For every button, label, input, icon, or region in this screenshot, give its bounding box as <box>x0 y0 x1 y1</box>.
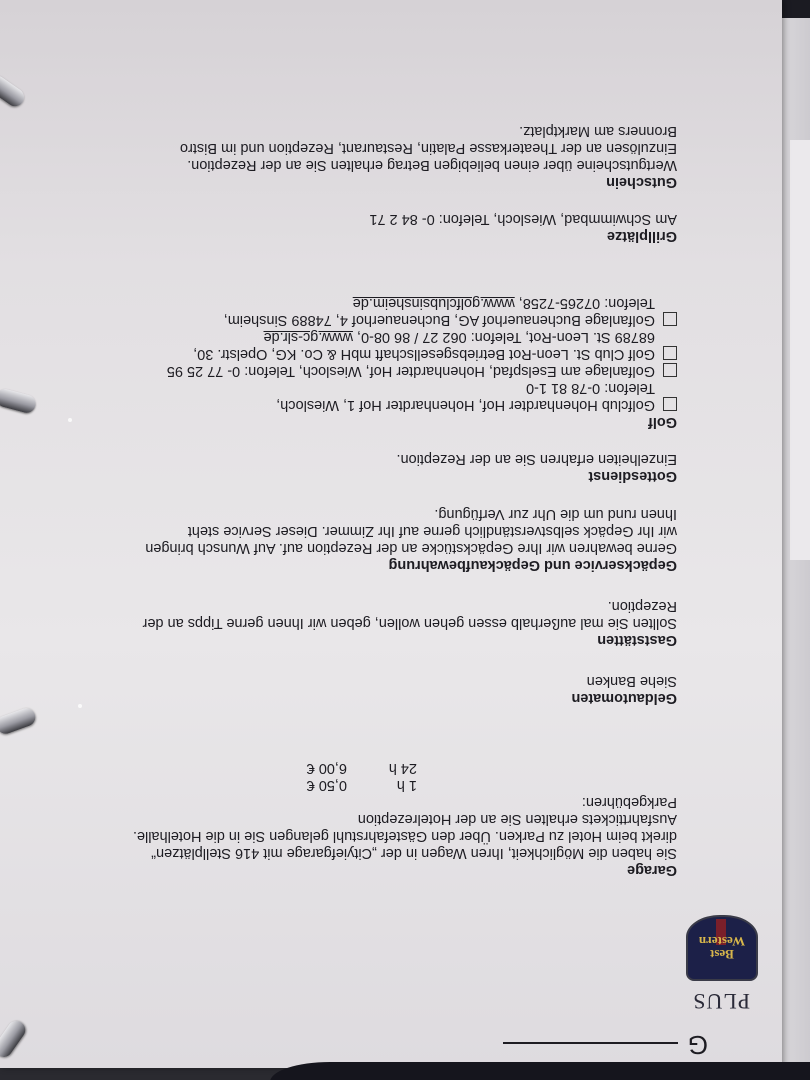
section-text: Sollten Sie mal außerhalb essen gehen wo… <box>57 614 677 631</box>
light-reflection <box>78 704 82 708</box>
section-grillplaetze: Grillplätze Am Schwimmbad, Wiesloch, Tel… <box>57 210 677 244</box>
section-text: Rezeption. <box>57 597 677 614</box>
fee-price: 0,50 € <box>307 776 347 793</box>
golf-item-text: Golfclub Hohenhardter Hof, Hohenhardter … <box>276 396 655 413</box>
section-text: Sie haben die Möglichkeit, Ihren Wagen i… <box>57 844 677 861</box>
fee-price: 6,00 € <box>307 759 347 776</box>
golf-item-text: Telefon: 07265-7258, <box>515 295 655 311</box>
section-text: Wertgutscheine über einen beliebigen Bet… <box>57 156 677 173</box>
checkbox[interactable] <box>663 363 677 377</box>
fee-duration: 1 h <box>347 776 677 793</box>
best-western-logo: Best Western <box>686 915 758 981</box>
section-text: Siehe Banken <box>57 672 677 689</box>
section-title: Golf <box>57 413 677 430</box>
section-text: Bronners am Marktplatz. <box>57 122 677 139</box>
golf-item: Golf Club St. Leon-Rot Betriebsgesellsch… <box>57 328 677 362</box>
logo-text-best: Best <box>710 948 734 961</box>
section-title: Garage <box>57 861 677 878</box>
section-title: Geldautomaten <box>57 689 677 706</box>
binder-page: Best Western PLUS G Garage Sie haben die… <box>0 0 782 1068</box>
fee-row: 1 h 0,50 € <box>57 776 677 793</box>
golf-item-text: Golf Club St. Leon-Rot Betriebsgesellsch… <box>193 345 655 362</box>
section-gaststaetten: Gaststätten Sollten Sie mal außerhalb es… <box>57 597 677 648</box>
section-title: Grillplätze <box>57 227 677 244</box>
section-gottesdienst: Gottesdienst Einzelheiten erfahren Sie a… <box>57 450 677 484</box>
logo-plus: PLUS <box>692 988 750 1014</box>
section-garage: Garage Sie haben die Möglichkeit, Ihren … <box>57 759 677 878</box>
fee-duration: 24 h <box>347 759 677 776</box>
section-text: wir Ihr Gepäck selbstverständlich gerne … <box>57 522 677 539</box>
section-text: Gerne bewahren wir Ihre Gepäckstücke an … <box>57 539 677 556</box>
checkbox[interactable] <box>663 397 677 411</box>
section-title: Gepäckservice und Gepäckaufbewahrung <box>57 556 677 573</box>
section-geldautomaten: Geldautomaten Siehe Banken <box>57 672 677 706</box>
golf-item-text: 68789 St. Leon-Rot, Telefon: 062 27 / 86… <box>353 329 655 345</box>
golf-item-text: Golfanlage am Eselspfad, Hohenhardter Ho… <box>167 362 655 379</box>
section-gepaeck: Gepäckservice und Gepäckaufbewahrung Ger… <box>57 505 677 573</box>
golf-item-text: Telefon: 0-78 81 1-0 <box>276 379 655 396</box>
section-text: direkt beim Hotel zu Parken. Über den Gä… <box>57 827 677 844</box>
fees-label: Parkgebühren: <box>57 793 677 810</box>
website-link[interactable]: www.gc-slr.de <box>264 329 353 345</box>
section-title: Gutschein <box>57 173 677 190</box>
logo-text-western: Western <box>699 935 745 948</box>
section-title: Gaststätten <box>57 631 677 648</box>
section-golf: Golf Golfclub Hohenhardter Hof, Hohenhar… <box>57 294 677 430</box>
header-rule <box>503 1042 678 1044</box>
underlying-page-edge <box>790 140 810 560</box>
light-reflection <box>68 418 72 422</box>
section-text: Einzelheiten erfahren Sie an der Rezepti… <box>57 450 677 467</box>
section-title: Gottesdienst <box>57 467 677 484</box>
section-text: Ausfahrttickets erhalten Sie an der Hote… <box>57 810 677 827</box>
golf-item: Golfanlage am Eselspfad, Hohenhardter Ho… <box>57 362 677 379</box>
section-text: Einzulösen an der Theaterkasse Palatin, … <box>57 139 677 156</box>
document-content: Best Western PLUS G Garage Sie haben die… <box>0 0 782 1068</box>
background-shadow <box>270 1062 810 1080</box>
website-link[interactable]: www.golfclubsinsheim.de <box>353 295 515 311</box>
golf-item-text: Golfanlage Buchenauerhof AG, Buchenauerh… <box>224 311 655 328</box>
checkbox[interactable] <box>663 312 677 326</box>
checkbox[interactable] <box>663 346 677 360</box>
fee-row: 24 h 6,00 € <box>57 759 677 776</box>
section-gutschein: Gutschein Wertgutscheine über einen beli… <box>57 122 677 190</box>
section-text: Ihnen rund um die Uhr zur Verfügung. <box>57 505 677 522</box>
page-letter: G <box>688 1029 708 1060</box>
golf-item: Golfanlage Buchenauerhof AG, Buchenauerh… <box>57 294 677 328</box>
section-text: Am Schwimmbad, Wiesloch, Telefon: 0- 84 … <box>57 210 677 227</box>
golf-item: Golfclub Hohenhardter Hof, Hohenhardter … <box>57 379 677 413</box>
